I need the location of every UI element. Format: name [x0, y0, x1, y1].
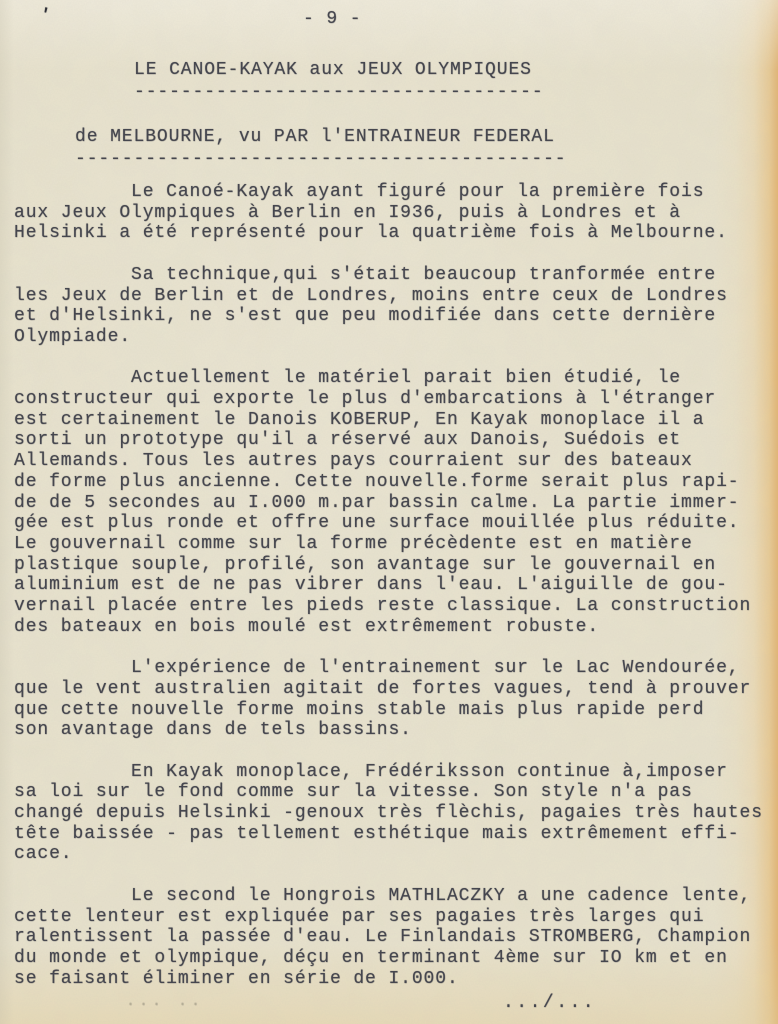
paragraph: Actuellement le matériel parait bien étu…: [14, 368, 772, 637]
article-title-block: LE CANOE-KAYAK aux JEUX OLYMPIQUES -----…: [134, 60, 544, 102]
paragraph: Le second le Hongrois MATHLACZKY a une c…: [14, 886, 772, 990]
page-number: - 9 -: [303, 9, 362, 30]
faint-dot-marks: ... ..: [126, 992, 204, 1013]
paragraph: L'expérience de l'entrainement sur le La…: [14, 658, 772, 741]
continuation-mark: .../...: [503, 993, 596, 1014]
subtitle-underline: ----------------------------------------…: [75, 149, 566, 170]
scanned-document-page: ' - 9 - LE CANOE-KAYAK aux JEUX OLYMPIQU…: [0, 0, 778, 1024]
typewritten-ink-layer: ' - 9 - LE CANOE-KAYAK aux JEUX OLYMPIQU…: [0, 0, 778, 1024]
paragraph: Sa technique,qui s'était beaucoup tranfo…: [14, 265, 772, 348]
paragraph: Le Canoé-Kayak ayant figuré pour la prem…: [14, 182, 772, 244]
article-subtitle: de MELBOURNE, vu PAR l'ENTRAINEUR FEDERA…: [75, 127, 566, 148]
paragraph: En Kayak monoplace, Frédériksson continu…: [14, 762, 772, 866]
article-title: LE CANOE-KAYAK aux JEUX OLYMPIQUES: [134, 60, 544, 81]
article-subtitle-block: de MELBOURNE, vu PAR l'ENTRAINEUR FEDERA…: [75, 127, 566, 169]
title-underline: -----------------------------------: [134, 82, 544, 103]
stray-ink-mark: ': [38, 5, 51, 25]
document-body: Le Canoé-Kayak ayant figuré pour la prem…: [14, 182, 772, 1010]
